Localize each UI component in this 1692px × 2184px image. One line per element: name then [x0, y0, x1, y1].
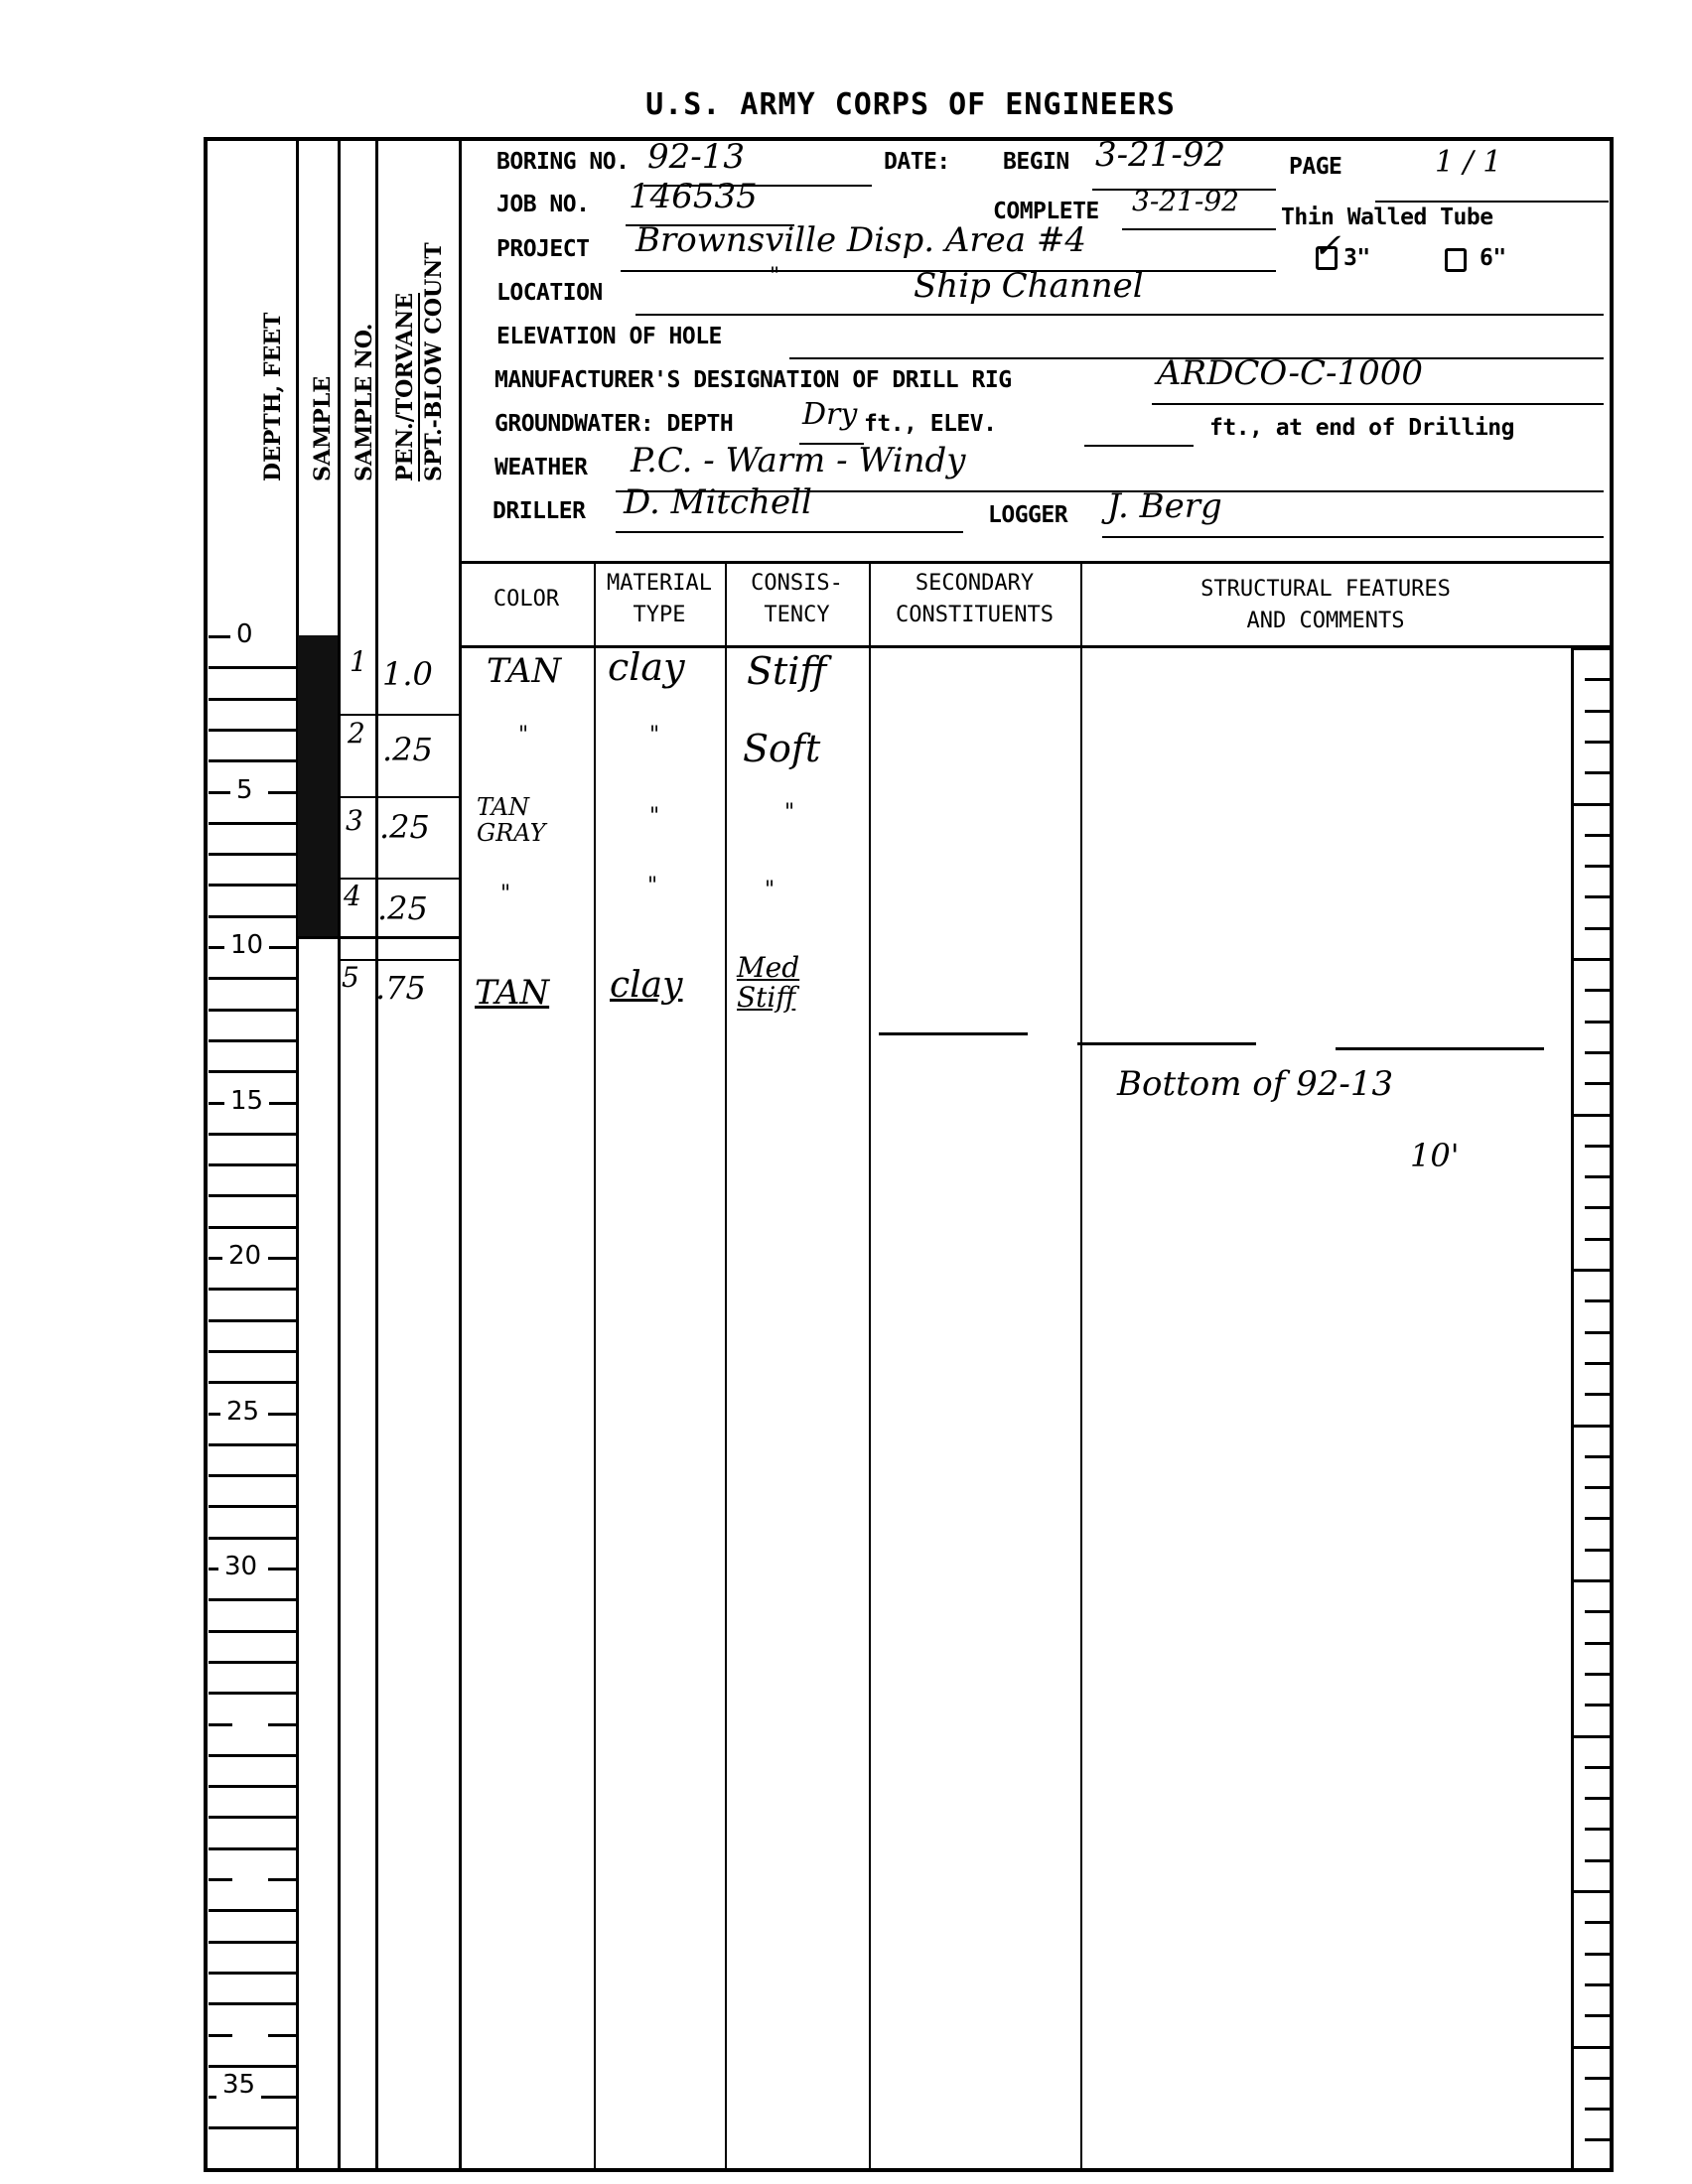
right-scale-tick	[1585, 1331, 1614, 1334]
right-scale-tick	[1585, 710, 1614, 713]
right-scale-tick	[1585, 1206, 1614, 1209]
groundwater-label: GROUNDWATER: DEPTH	[494, 411, 733, 437]
project-label: PROJECT	[496, 236, 589, 262]
location-ditto: "	[770, 264, 779, 289]
end-mark-structural-2	[1336, 1047, 1544, 1050]
depth-label-35: 35	[216, 2070, 261, 2100]
divider-right-scale	[1571, 645, 1574, 2172]
depth-tick	[209, 1288, 296, 1291]
depth-tick	[209, 1039, 296, 1042]
consistency-value: "	[784, 800, 794, 825]
header-depth-feet: DEPTH, FEET	[260, 313, 286, 481]
pen-value: .25	[377, 889, 428, 927]
sample-bottom-line	[296, 936, 459, 939]
depth-tick-right	[268, 1257, 296, 1260]
right-scale-tick	[1585, 1145, 1614, 1148]
drill-rig-line	[1152, 403, 1604, 405]
depth-tick	[209, 698, 296, 701]
right-scale-tick	[1585, 1486, 1614, 1489]
logger-label: LOGGER	[988, 502, 1067, 528]
location-label: LOCATION	[496, 280, 603, 306]
right-scale-tick	[1585, 1549, 1614, 1552]
right-scale-tick	[1585, 1299, 1614, 1302]
right-scale-tick	[1585, 1983, 1614, 1986]
right-scale-tick	[1585, 741, 1614, 744]
depth-tick	[209, 1847, 296, 1850]
depth-tick-right	[268, 2034, 296, 2037]
right-scale-tick	[1585, 1393, 1614, 1396]
logger-value: J. Berg	[1107, 486, 1222, 526]
divider-secondary-structural	[1080, 561, 1082, 2172]
depth-tick	[209, 1194, 296, 1197]
right-scale-tick	[1585, 1455, 1614, 1458]
depth-label-30: 30	[218, 1552, 263, 1581]
material-value: "	[647, 874, 657, 898]
material-value: clay	[608, 645, 685, 689]
depth-tick	[209, 1009, 296, 1012]
end-mark-structural-1	[1077, 1042, 1256, 1045]
depth-tick-right	[268, 791, 296, 794]
depth-tick-right	[268, 1878, 296, 1881]
color-value: "	[500, 882, 510, 906]
right-scale-tick	[1585, 1797, 1614, 1800]
drill-rig-label: MANUFACTURER'S DESIGNATION OF DRILL RIG	[494, 367, 1012, 393]
right-scale-tick	[1585, 678, 1614, 681]
groundwater-depth-value: Dry	[802, 397, 857, 432]
driller-line	[616, 531, 963, 533]
drill-rig-value: ARDCO-C-1000	[1157, 353, 1423, 393]
col-header-secondary: SECONDARY CONSTITUENTS	[869, 568, 1080, 631]
right-scale-tick	[1585, 834, 1614, 837]
header-sample: SAMPLE	[310, 376, 336, 481]
complete-date-value: 3-21-92	[1132, 185, 1239, 217]
consistency-value: Stiff	[747, 649, 826, 693]
material-value: "	[649, 804, 659, 829]
divider-pen-form	[459, 137, 462, 2172]
page-value: 1 / 1	[1435, 145, 1501, 180]
depth-tick-right	[268, 1568, 296, 1570]
right-scale-tick	[1585, 865, 1614, 868]
boring-no-label: BORING NO.	[496, 149, 629, 175]
col-header-material: MATERIAL TYPE	[594, 568, 725, 631]
depth-label-25: 25	[220, 1397, 265, 1427]
right-scale-tick	[1585, 927, 1614, 930]
depth-tick	[209, 791, 232, 794]
right-scale-tick	[1585, 1953, 1614, 1956]
color-value: TAN	[475, 973, 549, 1013]
depth-tick	[209, 1226, 296, 1229]
project-value: Brownsville Disp. Area #4	[635, 220, 1086, 260]
right-scale-tick	[1585, 771, 1614, 774]
logger-line	[1102, 536, 1604, 538]
right-scale-tick	[1571, 647, 1614, 650]
color-value: TAN GRAY	[477, 794, 556, 846]
depth-tick	[209, 977, 296, 980]
right-scale-tick	[1585, 1082, 1614, 1085]
ft-elev-label: ft., ELEV.	[864, 411, 996, 437]
depth-tick-right	[268, 1102, 296, 1105]
sample-no: 2	[348, 717, 365, 750]
consistency-value: "	[765, 878, 775, 902]
depth-tick	[209, 1723, 232, 1726]
page-line	[1375, 201, 1609, 203]
right-scale-tick	[1585, 1673, 1614, 1676]
begin-date-value: 3-21-92	[1095, 135, 1225, 175]
right-scale-tick	[1571, 1425, 1614, 1428]
depth-tick	[209, 1319, 296, 1322]
right-scale-tick	[1585, 1238, 1614, 1241]
right-scale-tick	[1585, 1921, 1614, 1924]
depth-tick	[209, 1972, 296, 1975]
col-header-secondary-line2: CONSTITUENTS	[869, 600, 1080, 631]
right-scale-tick	[1585, 1362, 1614, 1365]
consistency-value: Med Stiff	[737, 953, 826, 1013]
col-header-consistency: CONSIS- TENCY	[725, 568, 869, 631]
depth-tick	[209, 915, 296, 918]
material-value: clay	[610, 965, 682, 1006]
depth-tick	[209, 1630, 296, 1633]
depth-tick	[209, 884, 296, 887]
depth-tick	[209, 1754, 296, 1757]
right-scale-tick	[1585, 1517, 1614, 1520]
weather-value: P.C. - Warm - Windy	[631, 441, 965, 480]
depth-tick-right	[268, 946, 296, 949]
checkbox-6in[interactable]	[1445, 248, 1467, 272]
right-scale-tick	[1571, 1579, 1614, 1582]
pen-value: .25	[379, 808, 430, 846]
depth-tick	[209, 1381, 296, 1384]
right-scale-tick	[1571, 1735, 1614, 1738]
divider-sample-sampleno	[338, 137, 341, 2172]
complete-date-line	[1122, 228, 1276, 230]
table-header-top-border	[459, 561, 1614, 564]
right-scale-tick	[1585, 1051, 1614, 1054]
depth-label-15: 15	[224, 1086, 269, 1116]
driller-label: DRILLER	[493, 498, 585, 524]
sample-no: 3	[346, 804, 363, 837]
location-line	[635, 314, 1604, 316]
depth-tick	[209, 635, 232, 638]
elevation-label: ELEVATION OF HOLE	[496, 324, 722, 349]
consistency-value: Soft	[743, 727, 820, 770]
job-no-value: 146535	[629, 177, 758, 216]
right-scale-tick	[1585, 2014, 1614, 2017]
divider-depth-sample	[296, 137, 299, 2172]
date-label: DATE:	[884, 149, 950, 175]
tube-option-6in-label: 6"	[1480, 245, 1506, 271]
col-header-color: COLOR	[459, 584, 594, 615]
depth-tick	[209, 1878, 232, 1881]
depth-tick	[209, 853, 296, 856]
depth-tick-right	[268, 1723, 296, 1726]
depth-tick	[209, 1692, 296, 1695]
col-header-structural: STRUCTURAL FEATURES AND COMMENTS	[1080, 574, 1571, 637]
depth-tick	[209, 1163, 296, 1166]
divider-consistency-secondary	[869, 561, 871, 2172]
depth-tick	[209, 822, 296, 825]
depth-tick	[209, 2034, 232, 2037]
check-mark-icon: ✓	[1313, 226, 1341, 266]
right-scale-tick	[1585, 2077, 1614, 2080]
right-scale-tick	[1585, 2108, 1614, 2111]
depth-tick	[209, 1598, 296, 1601]
depth-tick	[209, 1661, 296, 1664]
right-scale-tick	[1571, 958, 1614, 961]
comment-depth: 10'	[1410, 1137, 1460, 1174]
job-no-label: JOB NO.	[496, 192, 589, 217]
depth-tick	[209, 1941, 296, 1944]
driller-value: D. Mitchell	[624, 482, 812, 522]
depth-label-10: 10	[224, 930, 269, 960]
right-scale-tick	[1585, 1642, 1614, 1645]
sample-interval-bar	[298, 635, 338, 938]
weather-label: WEATHER	[494, 455, 587, 480]
right-scale-tick	[1571, 1269, 1614, 1272]
right-scale-tick	[1585, 1021, 1614, 1024]
color-value: "	[518, 723, 528, 748]
right-scale-tick	[1585, 1175, 1614, 1178]
depth-tick	[209, 1537, 296, 1540]
right-scale-tick	[1585, 989, 1614, 992]
right-scale-tick	[1571, 2046, 1614, 2049]
col-header-secondary-line1: SECONDARY	[869, 568, 1080, 600]
sample-no: 4	[344, 880, 361, 912]
document-title: U.S. ARMY CORPS OF ENGINEERS	[0, 87, 1692, 122]
groundwater-elev-line	[1084, 445, 1194, 447]
right-scale-tick	[1585, 1859, 1614, 1862]
row-divider	[338, 714, 459, 716]
right-scale-tick	[1585, 1828, 1614, 1831]
depth-tick	[209, 2002, 296, 2005]
divider-color-material	[594, 561, 596, 2172]
location-value: Ship Channel	[914, 266, 1144, 306]
depth-tick	[209, 1505, 296, 1508]
right-scale-tick	[1571, 803, 1614, 806]
right-scale-tick	[1571, 1890, 1614, 1893]
depth-tick	[209, 759, 296, 762]
header-pen-torvane: PEN./TORVANE	[392, 293, 420, 481]
col-header-material-line2: TYPE	[594, 600, 725, 631]
depth-tick	[209, 666, 296, 669]
row-divider	[338, 796, 459, 798]
depth-tick-right	[268, 1413, 296, 1416]
end-mark-secondary	[879, 1032, 1028, 1035]
pen-value: 1.0	[382, 655, 433, 693]
color-value: TAN	[487, 651, 561, 691]
depth-tick	[209, 1785, 296, 1788]
pen-value: .25	[382, 731, 433, 768]
depth-tick	[209, 1443, 296, 1446]
col-header-structural-line1: STRUCTURAL FEATURES	[1080, 574, 1571, 606]
divider-material-consistency	[725, 561, 727, 2172]
col-header-structural-line2: AND COMMENTS	[1080, 606, 1571, 637]
pen-value: .75	[375, 969, 426, 1007]
tube-option-3in-label: 3"	[1343, 245, 1370, 271]
depth-tick	[209, 729, 296, 732]
depth-tick	[209, 1474, 296, 1477]
col-header-consistency-line2: TENCY	[725, 600, 869, 631]
depth-tick	[209, 1070, 296, 1073]
comment-bottom-of-boring: Bottom of 92-13	[1117, 1064, 1393, 1104]
depth-tick	[209, 2126, 296, 2129]
depth-tick	[209, 1816, 296, 1819]
sample-no: 5	[342, 961, 359, 994]
right-scale-tick	[1585, 1610, 1614, 1613]
right-scale-tick	[1585, 2138, 1614, 2141]
begin-label: BEGIN	[1003, 149, 1069, 175]
depth-label-20: 20	[222, 1241, 267, 1271]
depth-tick	[209, 1133, 296, 1136]
right-scale-tick	[1585, 1766, 1614, 1769]
header-sample-no: SAMPLE NO.	[352, 324, 377, 481]
depth-tick	[209, 2065, 296, 2068]
depth-label-0: 0	[230, 619, 259, 649]
depth-tick	[209, 1350, 296, 1353]
depth-label-5: 5	[230, 775, 259, 805]
col-header-consistency-line1: CONSIS-	[725, 568, 869, 600]
boring-no-value: 92-13	[647, 137, 745, 177]
right-scale-tick	[1585, 1704, 1614, 1706]
right-scale-tick	[1571, 1114, 1614, 1117]
end-of-drilling-label: ft., at end of Drilling	[1209, 415, 1514, 441]
col-header-material-line1: MATERIAL	[594, 568, 725, 600]
material-value: "	[649, 723, 659, 748]
depth-tick	[209, 1909, 296, 1912]
right-scale-tick	[1585, 895, 1614, 898]
page-label: PAGE	[1289, 154, 1341, 180]
header-spt-blow-count: SPT.-BLOW COUNT	[421, 242, 447, 481]
sample-no: 1	[350, 645, 367, 678]
